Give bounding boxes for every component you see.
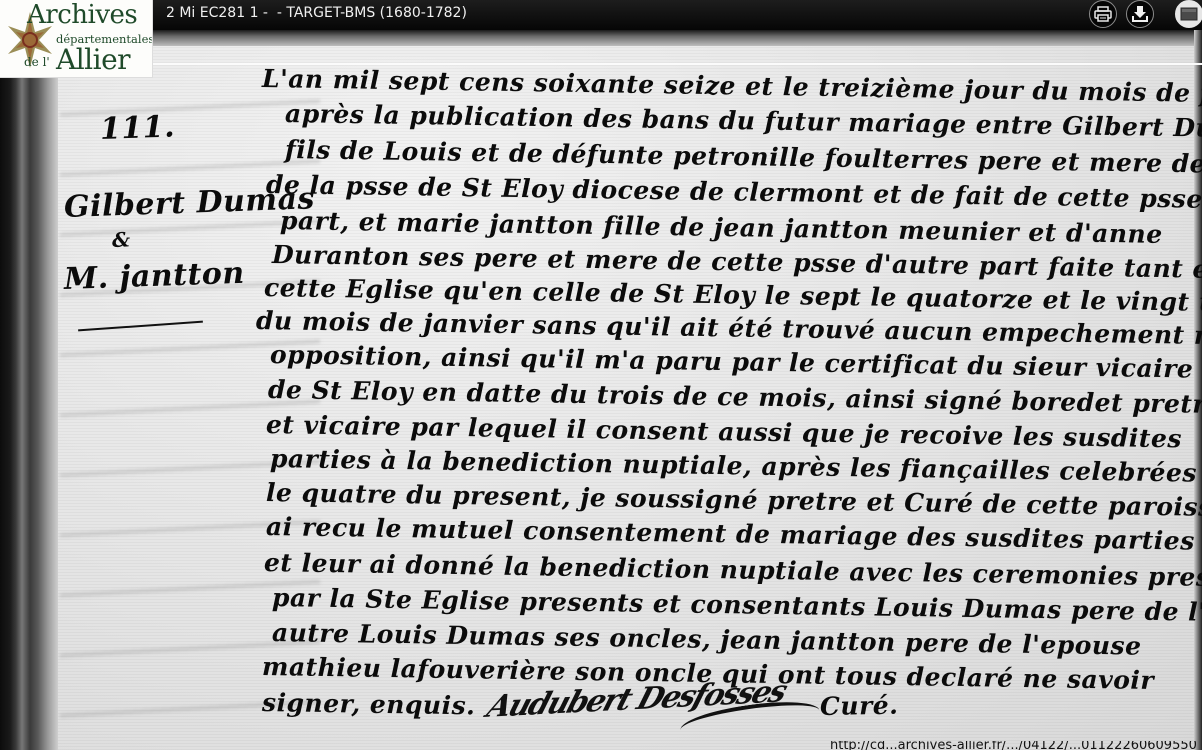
page-binding-edge [0,0,58,750]
logo-archives: Archives [27,0,137,30]
print-button[interactable] [1089,0,1117,28]
top-toolbar: 2 Mi EC281 1 - - TARGET-BMS (1680-1782) [0,0,1202,30]
margin-record-number: 111. [99,109,175,147]
archives-allier-logo[interactable]: Archives départementales de l' Allier [0,0,153,78]
logo-allier: Allier [56,43,130,76]
footer-url: http://cd...archives-allier.fr/.../04122… [830,741,1202,750]
margin-bride-name: M. jantton [63,256,245,297]
document-title: 2 Mi EC281 1 - - TARGET-BMS (1680-1782) [166,4,467,22]
document-viewer[interactable]: 111. Gilbert Dumas & M. jantton L'an mil… [0,0,1202,750]
download-button[interactable] [1126,0,1154,28]
footer-url-text: http://cd...archives-allier.fr/.../04122… [830,741,1202,750]
page-top-edge [150,30,1202,46]
printer-icon [1094,6,1112,22]
fullscreen-button[interactable] [1175,0,1202,28]
margin-ampersand: & [112,227,131,252]
fullscreen-icon [1180,7,1198,21]
logo-de: de l' [24,55,50,69]
text-line: signer, enquis. [262,688,476,720]
download-icon [1131,5,1149,23]
signature-title: Curé. [820,691,899,721]
